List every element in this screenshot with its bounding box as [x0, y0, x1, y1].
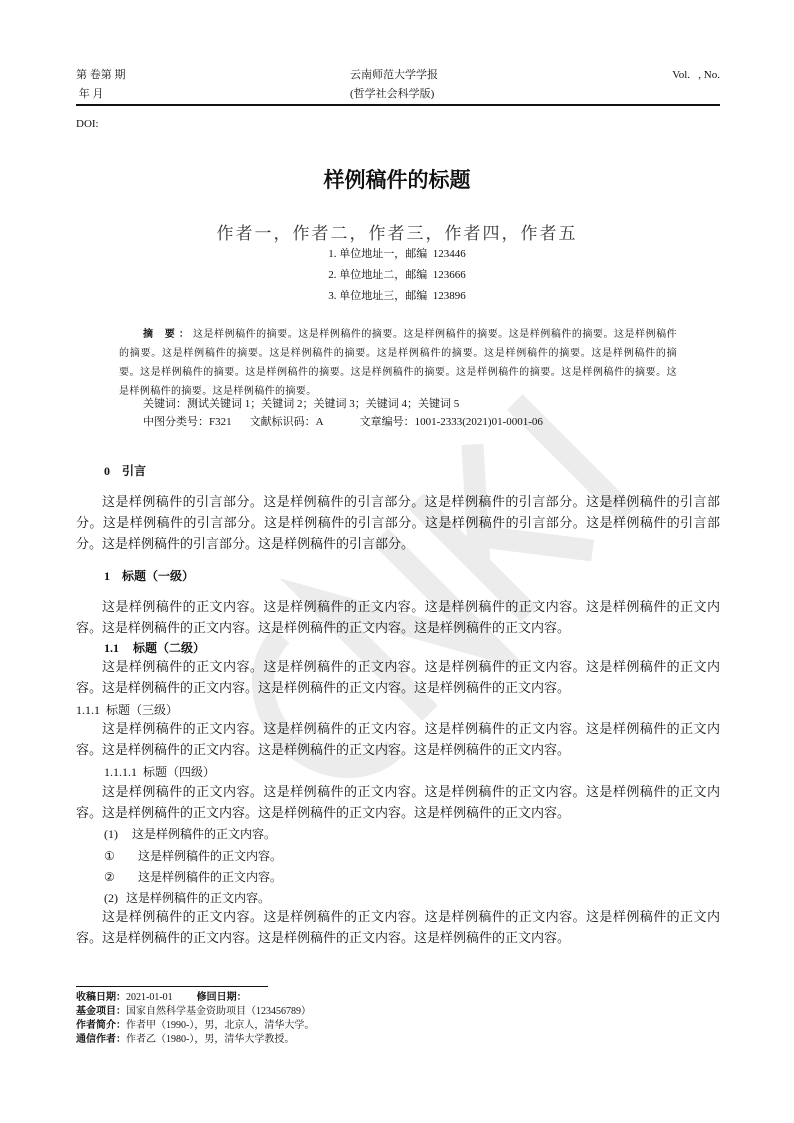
list-marker: ① [104, 849, 138, 864]
affiliation-2: 2. 单位地址二，邮编 123666 [0, 265, 794, 286]
paragraph: 这是样例稿件的正文内容。这是样例稿件的正文内容。这是样例稿件的正文内容。这是样例… [76, 781, 720, 823]
section-1-1-body: 这是样例稿件的正文内容。这是样例稿件的正文内容。这是样例稿件的正文内容。这是样例… [76, 656, 720, 698]
section-title: 引言 [122, 464, 146, 478]
list-text: 这是样例稿件的正文内容。 [132, 827, 276, 841]
correspondence-label: 通信作者： [76, 1034, 126, 1045]
doc-code-label: 文献标识码： [250, 415, 316, 428]
list-marker: (2) [104, 891, 126, 906]
list-text: 这是样例稿件的正文内容。 [138, 870, 282, 884]
paper-title: 样例稿件的标题 [0, 164, 794, 194]
list-item: (1)这是样例稿件的正文内容。 [104, 825, 276, 842]
section-number: 1 [104, 569, 110, 583]
section-title: 标题（二级） [133, 641, 205, 655]
clc-label: 中图分类号： [143, 415, 209, 428]
section-title: 标题（一级） [122, 569, 194, 583]
author-list: 作者一，作者二，作者三，作者四，作者五 [0, 219, 794, 244]
clc-value: F321 [209, 416, 232, 428]
section-1-1-1-body: 这是样例稿件的正文内容。这是样例稿件的正文内容。这是样例稿件的正文内容。这是样例… [76, 718, 720, 760]
list-item: ②这是样例稿件的正文内容。 [104, 868, 282, 885]
article-no-value: 1001-2333(2021)01-0001-06 [415, 416, 543, 428]
doi-label: DOI: [76, 118, 99, 130]
section-heading-1-1: 1.1标题（二级） [104, 639, 205, 656]
paragraph: 这是样例稿件的正文内容。这是样例稿件的正文内容。这是样例稿件的正文内容。这是样例… [76, 906, 720, 948]
list-text: 这是样例稿件的正文内容。 [138, 849, 282, 863]
section-heading-intro: 0引言 [104, 462, 146, 479]
closing-body: 这是样例稿件的正文内容。这是样例稿件的正文内容。这是样例稿件的正文内容。这是样例… [76, 906, 720, 948]
header-rule [76, 104, 720, 106]
fund-label: 基金项目： [76, 1006, 126, 1017]
footnote-rule [76, 986, 268, 987]
header-journal: 云南师范大学学报 (哲学社会科学版) [350, 66, 438, 104]
section-1-1-1-1-body: 这是样例稿件的正文内容。这是样例稿件的正文内容。这是样例稿件的正文内容。这是样例… [76, 781, 720, 823]
section-heading-1-1-1: 1.1.1 标题（三级） [76, 701, 178, 718]
abstract-label: 摘 要： [143, 329, 193, 340]
journal-edition: (哲学社会科学版) [350, 85, 438, 104]
list-item: (2)这是样例稿件的正文内容。 [104, 889, 270, 906]
header-year-month: 年 月 [76, 85, 126, 104]
paragraph: 这是样例稿件的正文内容。这是样例稿件的正文内容。这是样例稿件的正文内容。这是样例… [76, 718, 720, 760]
affiliation-1: 1. 单位地址一，邮编 123446 [0, 244, 794, 265]
fund-value: 国家自然科学基金资助项目（123456789） [126, 1006, 311, 1017]
doc-code-value: A [316, 416, 324, 428]
keywords-label: 关键词： [143, 397, 187, 410]
article-no-label: 文章编号： [360, 415, 415, 428]
footnotes: 收稿日期：2021-01-01修回日期： 基金项目：国家自然科学基金资助项目（1… [76, 991, 314, 1047]
keywords: 关键词：测试关键词 1；关键词 2；关键词 3；关键词 4；关键词 5 [143, 395, 459, 411]
paragraph: 这是样例稿件的引言部分。这是样例稿件的引言部分。这是样例稿件的引言部分。这是样例… [76, 491, 720, 554]
received-date: 2021-01-01 [126, 992, 173, 1003]
section-1-body: 这是样例稿件的正文内容。这是样例稿件的正文内容。这是样例稿件的正文内容。这是样例… [76, 596, 720, 638]
revised-label: 修回日期： [197, 992, 247, 1003]
affiliation-3: 3. 单位地址三，邮编 123896 [0, 286, 794, 307]
correspondence-value: 作者乙（1980-），男，清华大学教授。 [126, 1034, 294, 1045]
keywords-text: 测试关键词 1；关键词 2；关键词 3；关键词 4；关键词 5 [187, 398, 459, 410]
paragraph: 这是样例稿件的正文内容。这是样例稿件的正文内容。这是样例稿件的正文内容。这是样例… [76, 656, 720, 698]
list-marker: ② [104, 870, 138, 885]
section-number: 0 [104, 464, 110, 478]
section-heading-1-1-1-1: 1.1.1.1 标题（四级） [104, 763, 215, 780]
received-label: 收稿日期： [76, 992, 126, 1003]
classification-line: 中图分类号：F321文献标识码：A文章编号：1001-2333(2021)01-… [143, 413, 543, 429]
footnote-correspondence: 通信作者：作者乙（1980-），男，清华大学教授。 [76, 1033, 314, 1047]
footnote-dates: 收稿日期：2021-01-01修回日期： [76, 991, 314, 1005]
abstract: 摘 要：这是样例稿件的摘要。这是样例稿件的摘要。这是样例稿件的摘要。这是样例稿件… [119, 325, 677, 401]
journal-name: 云南师范大学学报 [350, 66, 438, 85]
paragraph: 这是样例稿件的正文内容。这是样例稿件的正文内容。这是样例稿件的正文内容。这是样例… [76, 596, 720, 638]
header-volume-issue: 第 卷第 期 [76, 66, 126, 85]
list-marker: (1) [104, 827, 132, 842]
paper-page: 第 卷第 期 年 月 云南师范大学学报 (哲学社会科学版) Vol. , No.… [0, 0, 794, 1123]
section-heading-1: 1标题（一级） [104, 567, 194, 584]
intro-body: 这是样例稿件的引言部分。这是样例稿件的引言部分。这是样例稿件的引言部分。这是样例… [76, 491, 720, 554]
bio-value: 作者甲（1990-），男，北京人，清华大学。 [126, 1020, 314, 1031]
list-item: ①这是样例稿件的正文内容。 [104, 847, 282, 864]
affiliations: 1. 单位地址一，邮编 123446 2. 单位地址二，邮编 123666 3.… [0, 244, 794, 307]
bio-label: 作者简介： [76, 1020, 126, 1031]
footnote-fund: 基金项目：国家自然科学基金资助项目（123456789） [76, 1005, 314, 1019]
list-text: 这是样例稿件的正文内容。 [126, 891, 270, 905]
header-issue: 第 卷第 期 年 月 [76, 66, 126, 104]
section-number: 1.1 [104, 641, 119, 655]
footnote-bio: 作者简介：作者甲（1990-），男，北京人，清华大学。 [76, 1019, 314, 1033]
abstract-text: 这是样例稿件的摘要。这是样例稿件的摘要。这是样例稿件的摘要。这是样例稿件的摘要。… [119, 329, 677, 397]
header-vol-no: Vol. , No. [672, 66, 720, 85]
